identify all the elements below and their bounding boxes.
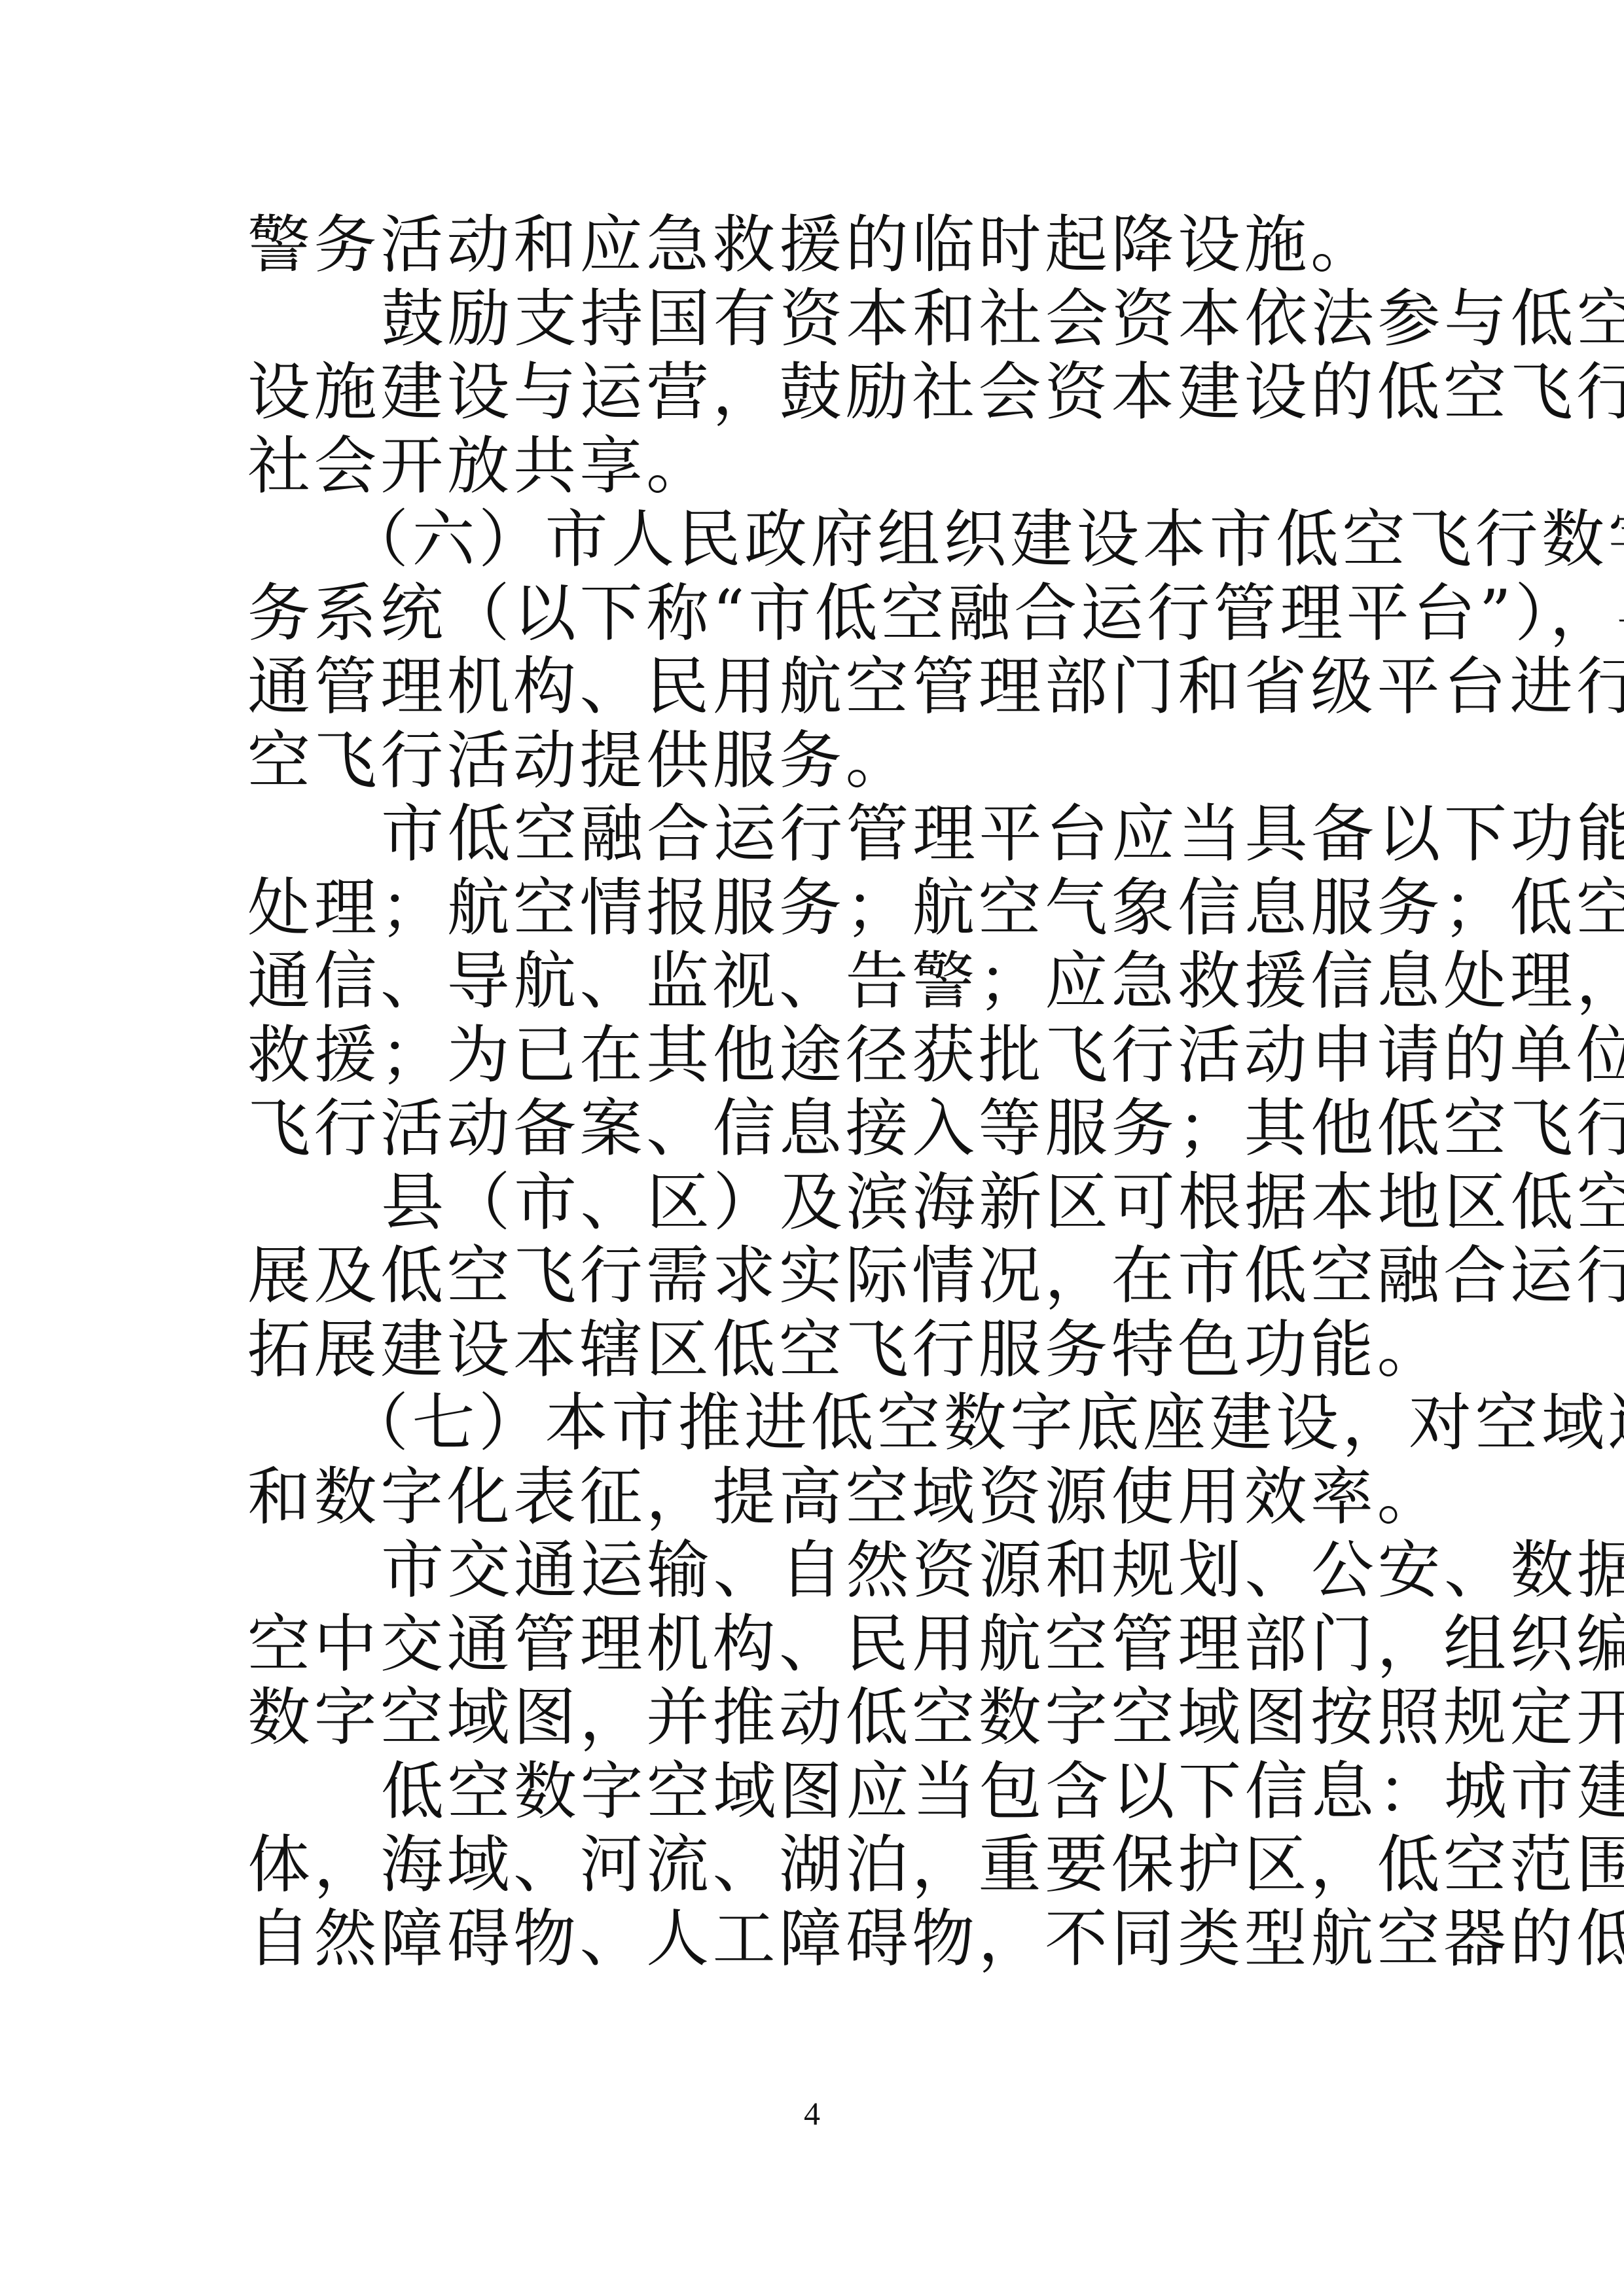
paragraph-line: 拓展建设本辖区低空飞行服务特色功能。: [247, 1313, 1386, 1387]
paragraph-line: 空中交通管理机构、民用航空管理部门，组织编制本市低空: [247, 1607, 1386, 1681]
paragraph-line: 处理；航空情报服务；航空气象信息服务；低空数字空域图；: [247, 871, 1386, 945]
paragraph-line: 展及低空飞行需求实际情况，在市低空融合运行管理平台上: [247, 1239, 1386, 1313]
body-text: 警务活动和应急救援的临时起降设施。 鼓励支持国有资本和社会资本依法参与低空飞行基…: [247, 208, 1386, 1975]
section-item-seven: （七）本市推进低空数字底座建设，对空域进行网格化: [247, 1386, 1386, 1460]
paragraph-line: 市低空融合运行管理平台应当具备以下功能：飞行计划: [247, 797, 1386, 871]
paragraph-line: 通管理机构、民用航空管理部门和省级平台进行对接，为低: [247, 650, 1386, 724]
paragraph-line: 数字空域图，并推动低空数字空域图按照规定开放共享。: [247, 1681, 1386, 1755]
paragraph-line: 设施建设与运营，鼓励社会资本建设的低空飞行基础设施向: [247, 355, 1386, 429]
paragraph-line: 和数字化表征，提高空域资源使用效率。: [247, 1460, 1386, 1534]
paragraph-line: 自然障碍物、人工障碍物，不同类型航空器的低空飞行空域，: [247, 1902, 1386, 1976]
paragraph-line: 警务活动和应急救援的临时起降设施。: [247, 208, 1386, 282]
paragraph-line: 社会开放共享。: [247, 429, 1386, 503]
paragraph-line: 县（市、区）及滨海新区可根据本地区低空应用场景拓: [247, 1166, 1386, 1240]
paragraph-line: 飞行活动备案、信息接入等服务；其他低空飞行服务功能。: [247, 1092, 1386, 1166]
paragraph-line: 务系统（以下称“市低空融合运行管理平台”），与空中交: [247, 577, 1386, 651]
paragraph-line: 低空数字空域图应当包含以下信息：城市建筑，自然山: [247, 1755, 1386, 1829]
paragraph-line: 通信、导航、监视、告警；应急救援信息处理，协助搜寻与: [247, 944, 1386, 1018]
section-item-six: （六）市人民政府组织建设本市低空飞行数字化管理服: [247, 503, 1386, 577]
page-number: 4: [0, 2094, 1624, 2132]
paragraph-line: 空飞行活动提供服务。: [247, 724, 1386, 798]
paragraph-line: 救援；为已在其他途径获批飞行活动申请的单位或个人提供: [247, 1018, 1386, 1092]
document-page: 警务活动和应急救援的临时起降设施。 鼓励支持国有资本和社会资本依法参与低空飞行基…: [0, 0, 1624, 2296]
paragraph-line: 体，海域、河流、湖泊，重要保护区，低空范围内其他主要: [247, 1828, 1386, 1902]
paragraph-line: 鼓励支持国有资本和社会资本依法参与低空飞行基础: [247, 282, 1386, 356]
paragraph-line: 市交通运输、自然资源和规划、公安、数据等部门协同: [247, 1534, 1386, 1607]
